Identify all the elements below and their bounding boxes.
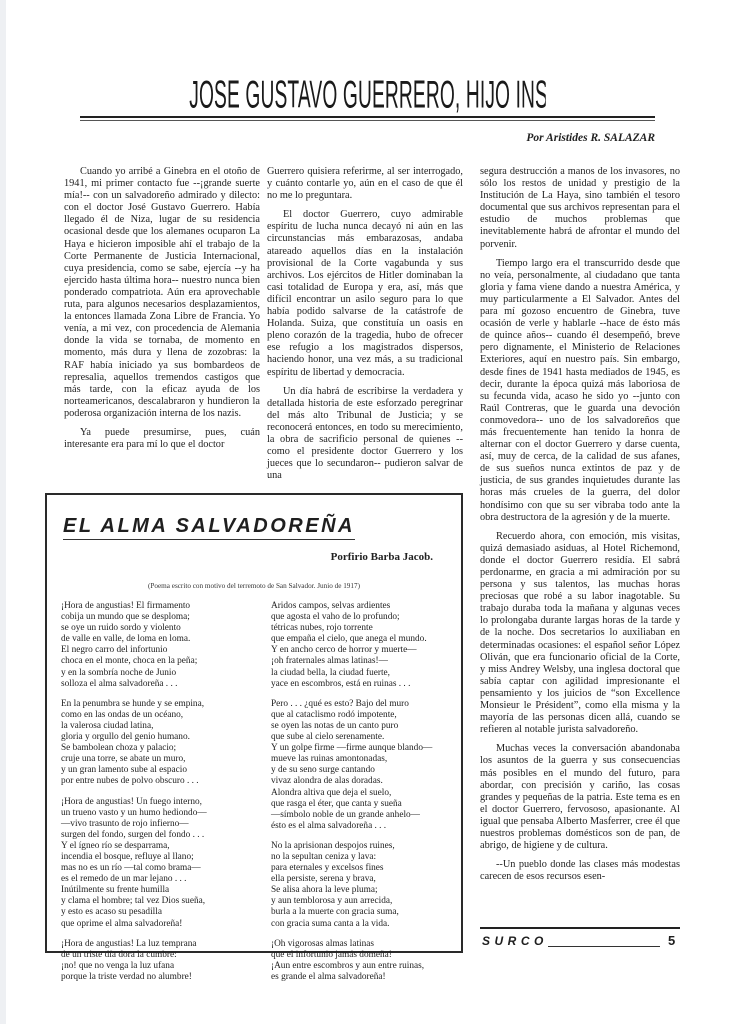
poem-line: un trueno vasto y un humo hediondo—: [61, 808, 261, 819]
poem-line: cobija un mundo que se desploma;: [61, 612, 261, 623]
poem-line: se oyen las notas de un canto puro: [271, 721, 461, 732]
poem-line: No la aprisionan despojos ruines,: [271, 841, 461, 852]
poem-line: ¡Hora de angustias! La luz temprana: [61, 939, 261, 950]
poem-line: solloza el alma salvadoreña . . .: [61, 679, 261, 690]
paragraph: Ya puede presumirse, pues, cuán interesa…: [64, 427, 260, 451]
poem-line: El negro carro del infortunio: [61, 645, 261, 656]
poem-line: Alondra altiva que deja el suelo,: [271, 788, 461, 799]
paragraph: El doctor Guerrero, cuyo admirable espír…: [267, 209, 463, 378]
paragraph: Recuerdo ahora, con emoción, mis visitas…: [480, 531, 680, 737]
poem-line: Y el ígneo río se desparrama,: [61, 841, 261, 852]
article-column-1: Cuando yo arribé a Ginebra en el otoño d…: [64, 166, 260, 458]
poem-line: ¡no! que no venga la luz ufana: [61, 961, 261, 972]
page-number: 5: [668, 933, 675, 948]
poem-line: Se alisa ahora la leve pluma;: [271, 885, 461, 896]
paragraph: --Un pueblo donde las clases más modesta…: [480, 859, 680, 883]
paragraph: Cuando yo arribé a Ginebra en el otoño d…: [64, 166, 260, 420]
poem-stanza: Pero . . . ¿qué es esto? Bajo del muroqu…: [271, 699, 461, 832]
article-column-2: Guerrero quisiera referirme, al ser inte…: [267, 166, 463, 489]
poem-line: que sube al cielo serenamente.: [271, 732, 461, 743]
poem-line: que empaña el cielo, que anega el mundo.: [271, 634, 461, 645]
poem-line: ¡oh fraternales almas latinas!—: [271, 656, 461, 667]
poem-line: la valerosa ciudad latina,: [61, 721, 261, 732]
magazine-name: SURCO: [482, 934, 548, 948]
poem-line: Pero . . . ¿qué es esto? Bajo del muro: [271, 699, 461, 710]
poem-line: es el remedo de un mar lejano . . .: [61, 874, 261, 885]
poem-stanza: ¡Hora de angustias! Un fuego interno,un …: [61, 797, 261, 930]
poem-line: yace en escombros, está en ruinas . . .: [271, 679, 461, 690]
poem-line: Aridos campos, selvas ardientes: [271, 601, 461, 612]
poem-line: mas no es un río —tal como brama—: [61, 863, 261, 874]
poem-column-1: ¡Hora de angustias! El firmamentocobija …: [61, 601, 261, 992]
footer-line: [548, 946, 660, 947]
poem-line: por entre nubes de polvo obscuro . . .: [61, 776, 261, 787]
poem-line: Y un golpe firme —firme aunque blando—: [271, 743, 461, 754]
poem-line: que al cataclismo rodó impotente,: [271, 710, 461, 721]
poem-line: que agosta el vaho de lo profundo;: [271, 612, 461, 623]
poem-line: choca en el monte, choca en la peña;: [61, 656, 261, 667]
poem-line: En la penumbra se hunde y se empina,: [61, 699, 261, 710]
poem-line: de valle en valle, de loma en loma.: [61, 634, 261, 645]
poem-line: cruje una torre, se abate un muro,: [61, 754, 261, 765]
poem-line: con gracia suma canta a la vida.: [271, 919, 461, 930]
title-rule: [80, 116, 655, 118]
poem-line: que oprime el alma salvadoreña!: [61, 919, 261, 930]
poem-line: surgen del fondo, surgen del fondo . . .: [61, 830, 261, 841]
poem-stanza: Aridos campos, selvas ardientesque agost…: [271, 601, 461, 690]
paragraph: Guerrero quisiera referirme, al ser inte…: [267, 166, 463, 202]
poem-line: porque la triste verdad no alumbre!: [61, 972, 261, 983]
paragraph: Un día habrá de escribirse la verdadera …: [267, 386, 463, 483]
poem-line: y clama el hombre; tal vez Dios sueña,: [61, 896, 261, 907]
poem-line: —vivo trasunto de rojo infierno—: [61, 819, 261, 830]
title-rule-thin: [80, 120, 655, 121]
poem-line: es grande el alma salvadoreña!: [271, 972, 461, 983]
poem-line: de un triste día dora la cumbre:: [61, 950, 261, 961]
paragraph: Tiempo largo era el transcurrido desde q…: [480, 258, 680, 524]
poem-line: ¡Oh vigorosas almas latinas: [271, 939, 461, 950]
poem-line: ¡Aun entre escombros y aun entre ruinas,: [271, 961, 461, 972]
poem-note: (Poema escrito con motivo del terremoto …: [47, 582, 461, 590]
poem-stanza: ¡Oh vigorosas almas latinasque el infort…: [271, 939, 461, 983]
poem-line: como en las ondas de un océano,: [61, 710, 261, 721]
poem-stanza: ¡Hora de angustias! La luz tempranade un…: [61, 939, 261, 983]
poem-box: EL ALMA SALVADOREÑA Porfirio Barba Jacob…: [45, 493, 463, 953]
poem-line: ¡Hora de angustias! Un fuego interno,: [61, 797, 261, 808]
poem-line: la ciudad bella, la ciudad fuerte,: [271, 668, 461, 679]
poem-line: para eternales y excelsos fines: [271, 863, 461, 874]
poem-title: EL ALMA SALVADOREÑA: [63, 515, 355, 540]
poem-line: que rasga el éter, que canta y sueña: [271, 799, 461, 810]
poem-line: ella persiste, serena y brava,: [271, 874, 461, 885]
page-edge: [0, 0, 6, 1024]
poem-line: Y en ancho cerco de horror y muerte—: [271, 645, 461, 656]
poem-line: tétricas nubes, rojo torrente: [271, 623, 461, 634]
article-title: JOSE GUSTAVO GUERRERO, HIJO INSIGNE DE E…: [189, 74, 546, 116]
poem-stanza: No la aprisionan despojos ruines,no la s…: [271, 841, 461, 930]
poem-stanza: ¡Hora de angustias! El firmamentocobija …: [61, 601, 261, 690]
poem-line: vivaz alondra de alas doradas.: [271, 776, 461, 787]
paragraph: segura destrucción a manos de los invaso…: [480, 166, 680, 251]
poem-line: Inútilmente su frente humilla: [61, 885, 261, 896]
poem-line: incendia el bosque, refluye al llano;: [61, 852, 261, 863]
poem-line: ésto es el alma salvadoreña . . .: [271, 821, 461, 832]
poem-line: gloria y orgullo del genio humano.: [61, 732, 261, 743]
poem-author: Porfirio Barba Jacob.: [331, 551, 433, 563]
poem-line: no la sepultan ceniza y lava:: [271, 852, 461, 863]
footer-rule: [480, 927, 680, 929]
poem-line: y aun temblorosa y aun arrecida,: [271, 896, 461, 907]
poem-line: y esto es acaso su pesadilla: [61, 907, 261, 918]
poem-line: burla a la muerte con gracia suma,: [271, 907, 461, 918]
poem-stanza: En la penumbra se hunde y se empina,como…: [61, 699, 261, 788]
poem-line: y en la sombría noche de Junio: [61, 668, 261, 679]
article-column-3: segura destrucción a manos de los invaso…: [480, 166, 680, 890]
poem-line: ¡Hora de angustias! El firmamento: [61, 601, 261, 612]
article-title-text: JOSE GUSTAVO GUERRERO, HIJO INSIGNE DE E…: [189, 74, 546, 116]
poem-line: —símbolo noble de un grande anhelo—: [271, 810, 461, 821]
poem-line: y de su seno surge cantando: [271, 765, 461, 776]
poem-line: Se bambolean choza y palacio;: [61, 743, 261, 754]
poem-line: se oye un ruido sordo y violento: [61, 623, 261, 634]
poem-column-2: Aridos campos, selvas ardientesque agost…: [271, 601, 461, 992]
poem-line: que el infortunio jamás domeña!: [271, 950, 461, 961]
article-byline: Por Aristides R. SALAZAR: [420, 132, 655, 144]
poem-line: y un gran lamento sube al espacio: [61, 765, 261, 776]
paragraph: Muchas veces la conversación abandonaba …: [480, 743, 680, 852]
poem-line: mueve las ruinas amontonadas,: [271, 754, 461, 765]
